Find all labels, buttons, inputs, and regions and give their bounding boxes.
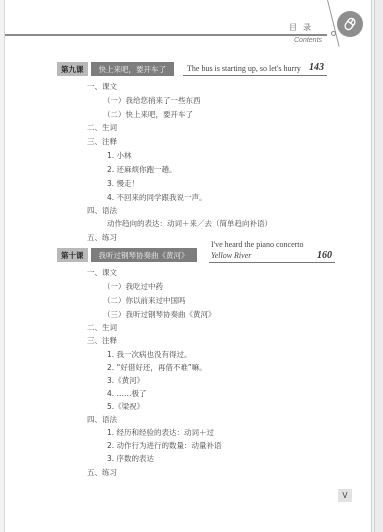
- toc-item[interactable]: 2. 动作行为进行的数量：动量补语: [107, 441, 222, 451]
- toc-item[interactable]: 4. 不回来的同学跟我说一声。: [107, 193, 207, 203]
- section-heading: 四、语法: [87, 206, 117, 216]
- lesson-english-title-2: Yellow River: [211, 251, 251, 260]
- toc-item[interactable]: 2. 还麻烦你跑一趟。: [107, 165, 177, 175]
- page-subtitle: Contents: [294, 37, 322, 44]
- toc-item[interactable]: 1. 我一次病也没有得过。: [107, 350, 192, 360]
- page-title: 目录: [289, 22, 317, 33]
- toc-item[interactable]: 4. ……极了: [107, 389, 147, 399]
- mouse-icon: [337, 11, 363, 37]
- toc-item[interactable]: （一）我给您捎来了一些东西: [103, 96, 201, 106]
- section-heading: 三、注释: [87, 336, 117, 346]
- toc-item[interactable]: 动作趋向的表达：动词＋来／去（简单趋向补语）: [107, 219, 272, 229]
- toc-item[interactable]: （二）快上来吧，要开车了: [103, 110, 193, 120]
- page-number: V: [338, 489, 352, 502]
- lesson-rule: [209, 262, 335, 263]
- lesson-english-title: I've heard the piano concerto: [211, 240, 304, 249]
- lesson-page-number[interactable]: 160: [317, 250, 332, 261]
- toc-item[interactable]: 3.《黄河》: [107, 376, 144, 386]
- section-heading: 四、语法: [87, 415, 117, 425]
- lesson-10-header[interactable]: 第十课 我听过钢琴协奏曲《黄河》: [57, 248, 197, 262]
- header-rule: [5, 34, 327, 36]
- section-heading[interactable]: 五、练习: [87, 468, 117, 478]
- lesson-title: 我听过钢琴协奏曲《黄河》: [91, 248, 197, 262]
- toc-item[interactable]: 3. 序数的表达: [107, 454, 154, 464]
- lesson-title: 快上来吧，要开车了: [91, 62, 175, 76]
- toc-item[interactable]: 2. “好借好还，再借不难”嘛。: [107, 363, 207, 373]
- section-heading: 三、注释: [87, 137, 117, 147]
- section-heading[interactable]: 二、生词: [87, 123, 117, 133]
- mouse-glyph: [342, 16, 358, 32]
- document-page: 目录 Contents 第九课 快上来吧，要开车了 The bus is sta…: [4, 0, 372, 532]
- toc-item[interactable]: （三）我听过钢琴协奏曲《黄河》: [103, 310, 216, 320]
- section-heading: 一、课文: [87, 268, 117, 278]
- section-heading: 一、课文: [87, 82, 117, 92]
- lesson-page-number[interactable]: 143: [309, 62, 324, 73]
- toc-item[interactable]: 1. 小林: [107, 151, 132, 161]
- lesson-number: 第十课: [57, 248, 88, 262]
- lesson-number: 第九课: [57, 62, 88, 76]
- header-dot: [331, 31, 336, 36]
- toc-item[interactable]: 1. 经历和经验的表达：动词＋过: [107, 428, 214, 438]
- page-edge: [374, 0, 383, 532]
- section-heading[interactable]: 二、生词: [87, 323, 117, 333]
- section-heading[interactable]: 五、练习: [87, 233, 117, 243]
- toc-item[interactable]: 3. 慢走！: [107, 179, 139, 189]
- toc-item[interactable]: 5.《梁祝》: [107, 402, 144, 412]
- lesson-rule: [183, 75, 327, 76]
- toc-item[interactable]: （二）你以前来过中国吗: [103, 296, 186, 306]
- lesson-english-title: The bus is starting up, so let's hurry: [187, 64, 301, 73]
- toc-item[interactable]: （一）我吃过中药: [103, 282, 163, 292]
- lesson-9-header[interactable]: 第九课 快上来吧，要开车了: [57, 62, 174, 76]
